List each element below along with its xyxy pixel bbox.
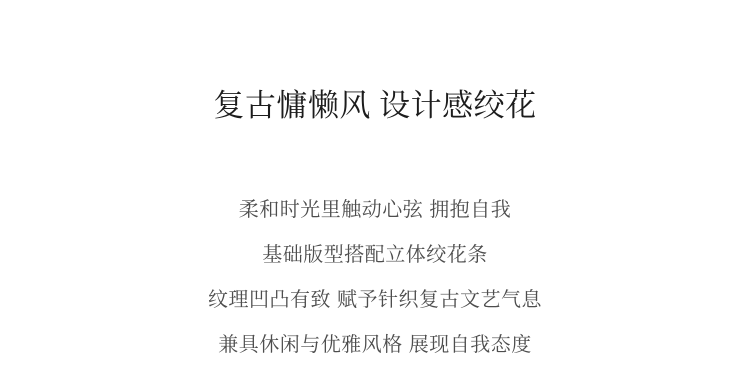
page-title: 复古慵懒风 设计感绞花 (0, 87, 750, 125)
tagline-line-4: 兼具休闲与优雅风格 展现自我态度 (0, 323, 750, 368)
tagline-line-2: 基础版型搭配立体绞花条 (0, 233, 750, 278)
tagline-line-3: 纹理凹凸有致 赋予针织复古文艺气息 (0, 278, 750, 323)
tagline-block: 柔和时光里触动心弦 拥抱自我 基础版型搭配立体绞花条 纹理凹凸有致 赋予针织复古… (0, 188, 750, 368)
tagline-line-1: 柔和时光里触动心弦 拥抱自我 (0, 188, 750, 233)
product-description-page: 复古慵懒风 设计感绞花 柔和时光里触动心弦 拥抱自我 基础版型搭配立体绞花条 纹… (0, 0, 750, 370)
